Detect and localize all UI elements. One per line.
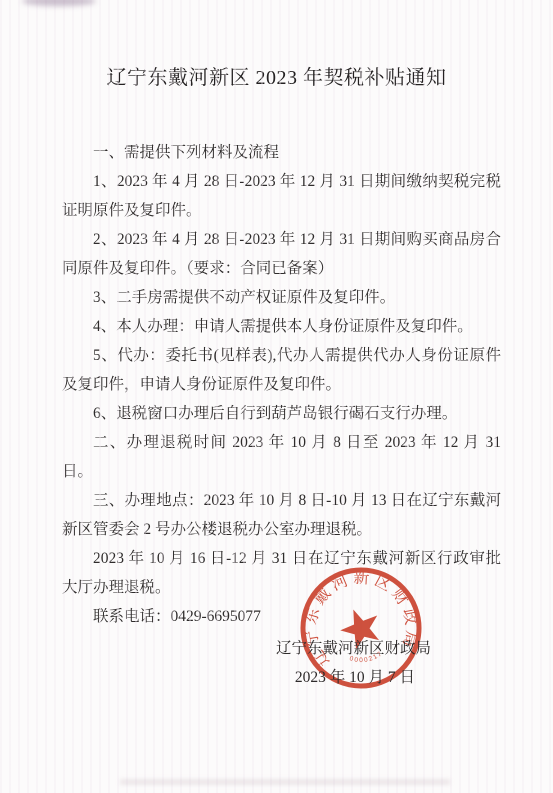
notice-title: 辽宁东戴河新区 2023 年契税补贴通知	[42, 64, 511, 92]
notice-paragraph: 二、办理退税时间 2023 年 10 月 8 日至 2023 年 12 月 31…	[62, 428, 501, 486]
notice-paragraph: 2、2023 年 4 月 28 日-2023 年 12 月 31 日期间购买商品…	[62, 225, 501, 283]
signature-date: 2023 年 10 月 7 日	[0, 663, 431, 692]
notice-paragraph: 联系电话：0429-6695077	[62, 602, 501, 631]
scan-smudge-top	[22, 0, 96, 6]
notice-paragraph: 2023 年 10 月 16 日-12 月 31 日在辽宁东戴河新区行政审批大厅…	[62, 544, 501, 602]
scan-smudge-bottom	[120, 779, 450, 785]
notice-paragraph: 5、代办：委托书(见样表),代办人需提供代办人身份证原件及复印件，申请人身份证原…	[62, 341, 501, 399]
notice-page: 辽宁东戴河新区 2023 年契税补贴通知 一、需提供下列材料及流程 1、2023…	[0, 0, 553, 793]
notice-paragraph: 6、退税窗口办理后自行到葫芦岛银行碣石支行办理。	[62, 399, 501, 428]
notice-paragraph: 4、本人办理：申请人需提供本人身份证原件及复印件。	[62, 312, 501, 341]
notice-paragraph: 一、需提供下列材料及流程	[62, 138, 501, 167]
notice-body: 一、需提供下列材料及流程 1、2023 年 4 月 28 日-2023 年 12…	[62, 138, 501, 631]
signature-organization: 辽宁东戴河新区财政局	[0, 634, 431, 663]
notice-paragraph: 三、办理地点：2023 年 10 月 8 日-10 月 13 日在辽宁东戴河新区…	[62, 486, 501, 544]
notice-paragraph: 3、二手房需提供不动产权证原件及复印件。	[62, 283, 501, 312]
notice-paragraph: 1、2023 年 4 月 28 日-2023 年 12 月 31 日期间缴纳契税…	[62, 167, 501, 225]
signature-block: 辽宁东戴河新区财政局 2023 年 10 月 7 日	[0, 634, 553, 692]
